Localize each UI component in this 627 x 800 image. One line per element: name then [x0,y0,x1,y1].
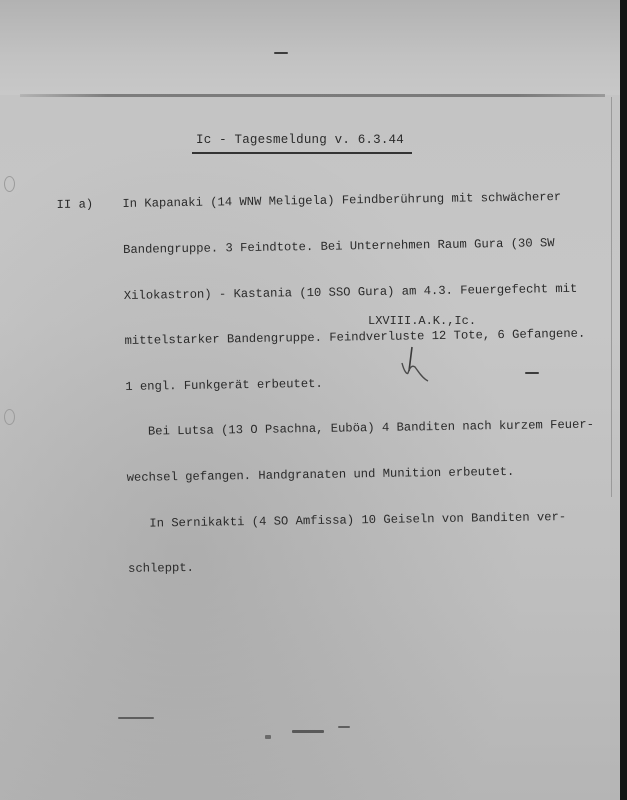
scan-edge [620,0,627,800]
report-body: II a) In Kapanaki (14 WNW Meligela) Fein… [56,160,597,609]
signature-unit: LXVIII.A.K.,Ic. [368,314,476,328]
handwritten-initials-icon [398,345,432,385]
document-page: Ic - Tagesmeldung v. 6.3.44 II a) In Kap… [0,0,620,800]
report-line: wechsel gefangen. Handgranaten und Munit… [61,464,595,488]
report-line: mittelstarker Bandengruppe. Feindverlust… [59,327,593,351]
paper-mark [118,717,154,719]
document-title: Ic - Tagesmeldung v. 6.3.44 [196,133,404,147]
paper-mark [265,735,271,739]
punch-hole-icon [4,409,15,425]
punch-hole-icon [4,176,15,192]
paper-mark [525,372,539,374]
page-right-edge [611,97,612,497]
report-line: schleppt. [62,555,596,579]
report-line: In Sernikakti (4 SO Amfissa) 10 Geiseln … [61,509,595,533]
report-line: Bei Lutsa (13 O Psachna, Euböa) 4 Bandit… [60,418,594,442]
page-fold-line [20,94,605,97]
report-line: Xilokastron) - Kastania (10 SSO Gura) am… [58,281,592,305]
report-line: Bandengruppe. 3 Feindtote. Bei Unternehm… [57,236,591,260]
report-line: II a) In Kapanaki (14 WNW Meligela) Fein… [56,190,590,214]
paper-mark [338,726,350,728]
previous-page-strip [0,0,620,95]
paper-mark [292,730,324,733]
paper-mark [274,52,288,54]
title-underline [192,152,412,154]
report-line: 1 engl. Funkgerät erbeutet. [59,372,593,396]
